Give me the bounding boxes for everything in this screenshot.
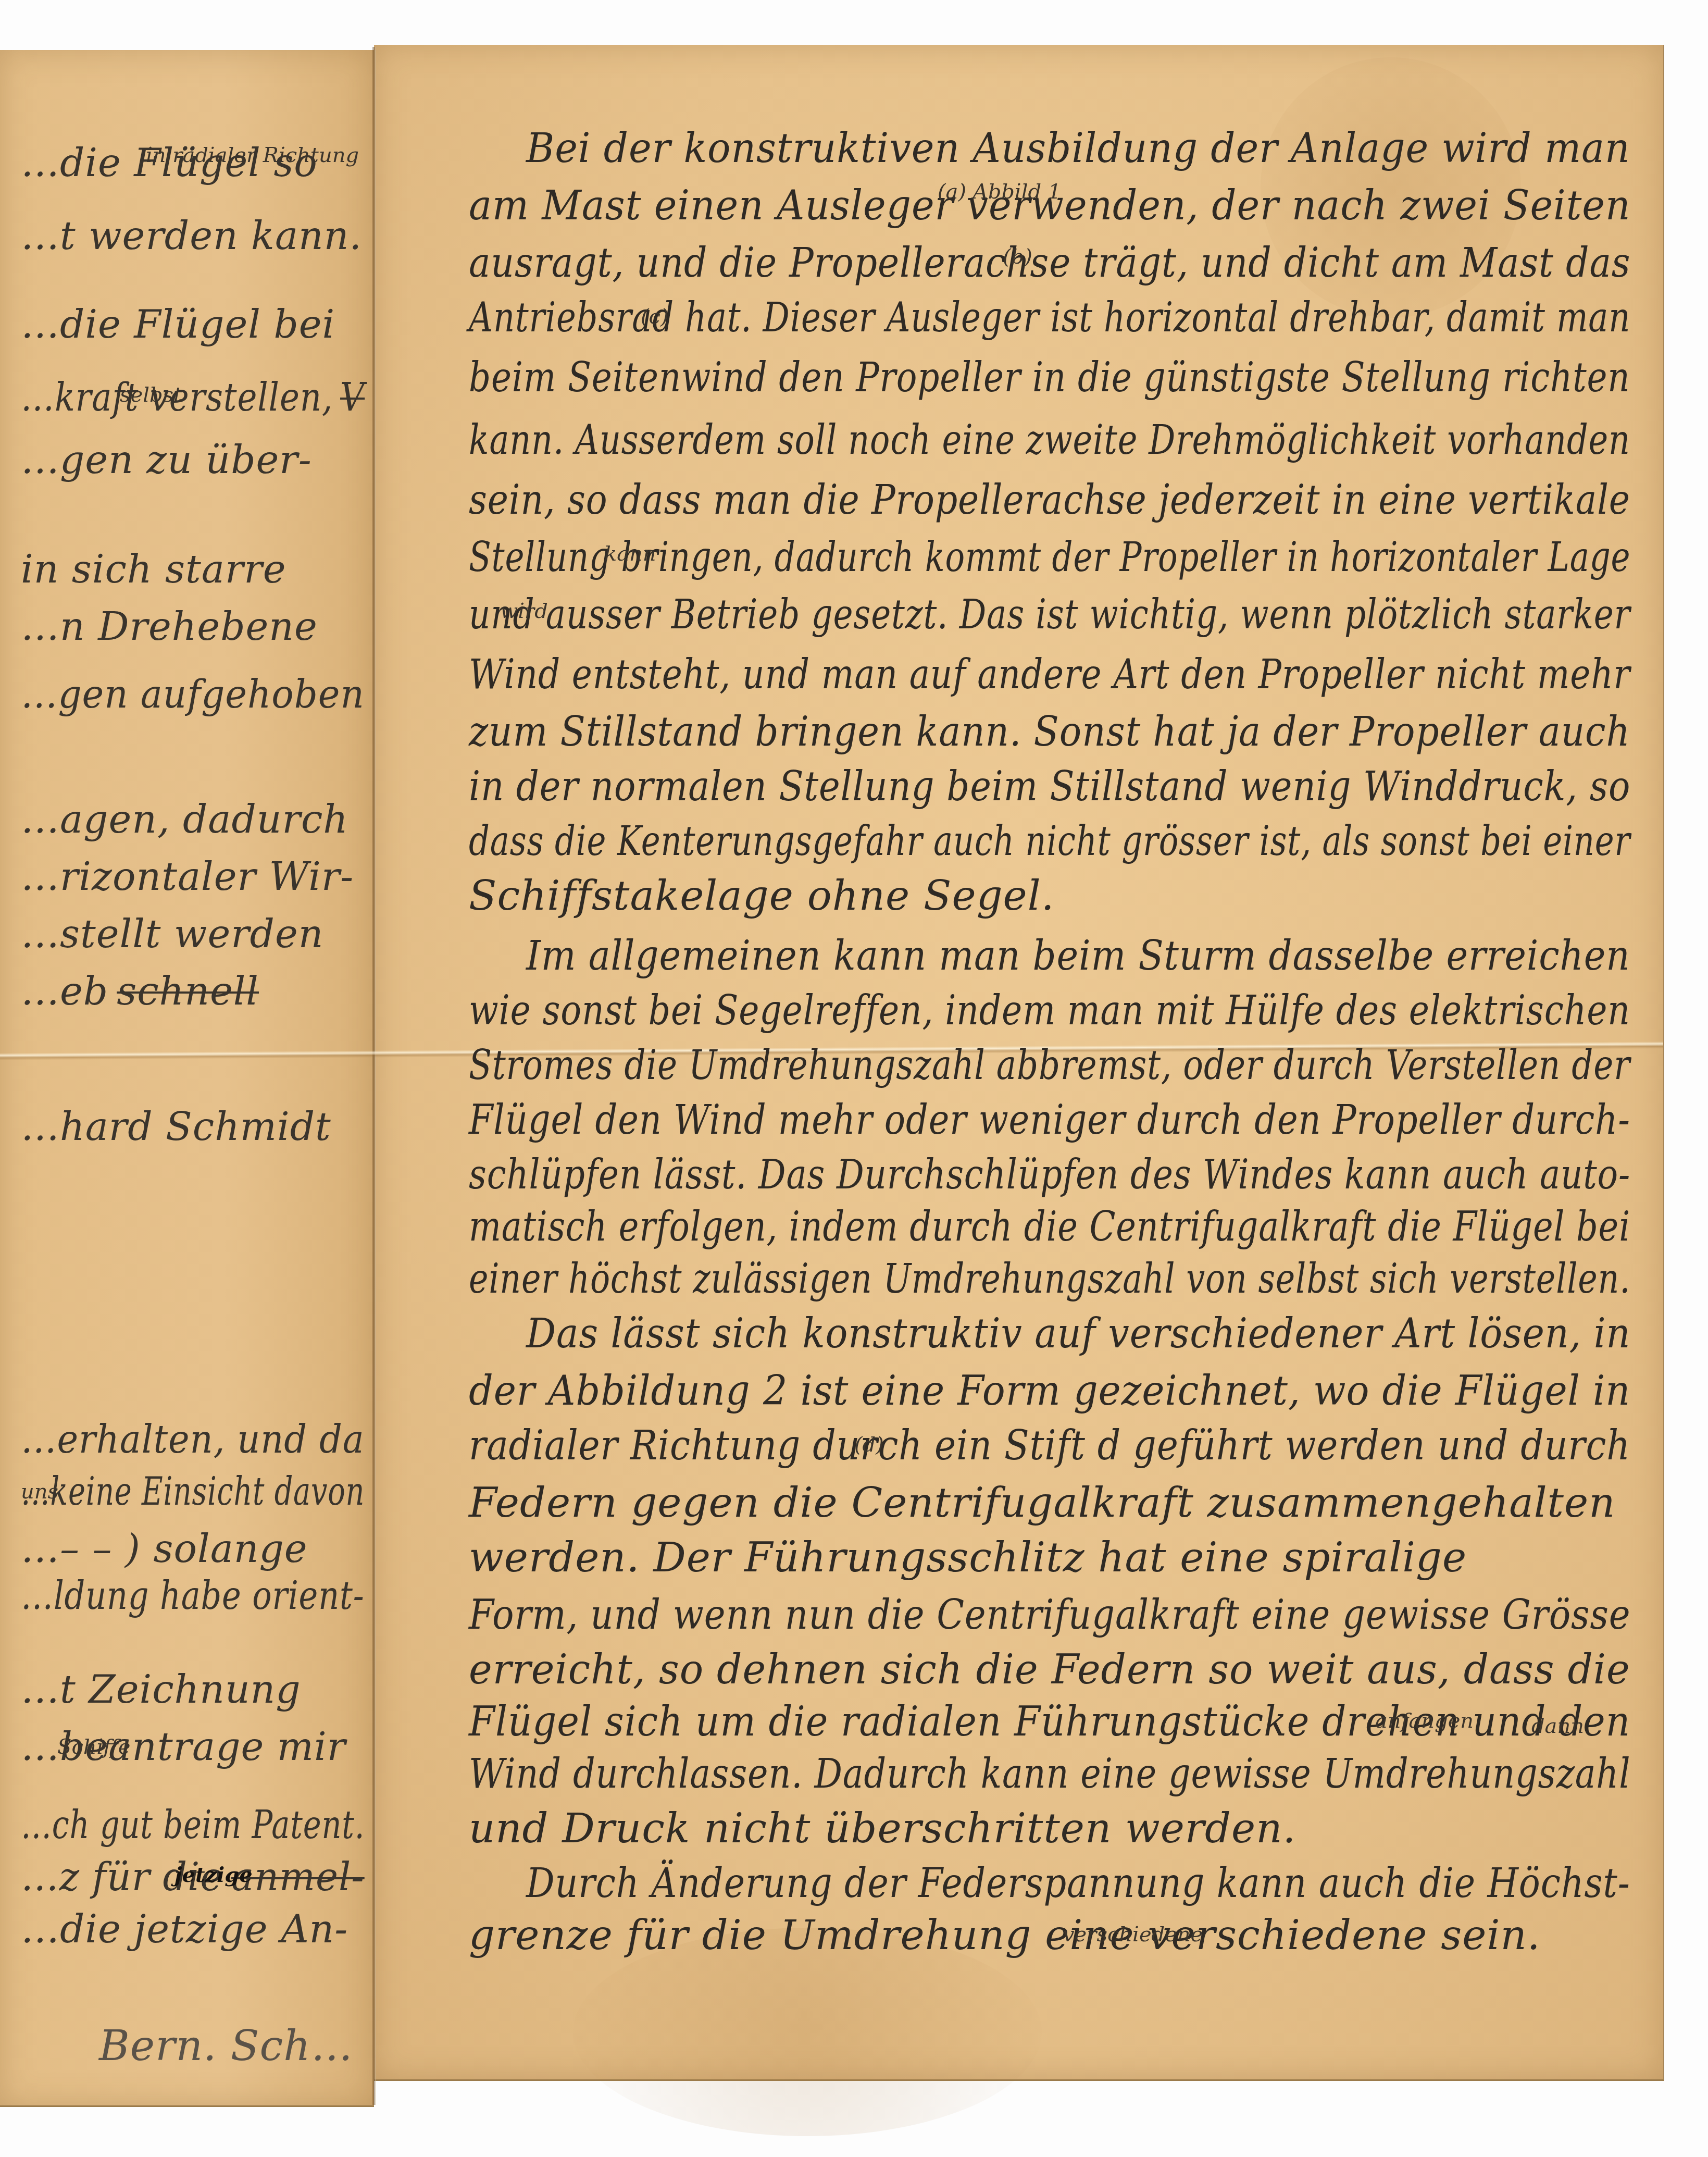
fragment-line: …erhalten, und da bbox=[21, 1417, 365, 1462]
text-line: der Abbildung 2 ist eine Form gezeichnet… bbox=[469, 1368, 1630, 1415]
fragment-line-text: …stellt werden bbox=[21, 912, 323, 957]
fragment-line: …t Zeichnung bbox=[21, 1667, 301, 1712]
insertion-anfangen: anfangen bbox=[1375, 1709, 1474, 1733]
struck-word: schnell bbox=[117, 969, 259, 1014]
fragment-line-text: …erhalten, und da bbox=[21, 1417, 365, 1462]
fragment-line: …rizontaler Wir- bbox=[21, 854, 354, 899]
text-line: dass die Kenterungsgefahr auch nicht grö… bbox=[469, 818, 1630, 865]
text-line: werden. Der Führungsschlitz hat eine spi… bbox=[469, 1534, 1467, 1581]
text-line: in der normalen Stellung beim Stillstand… bbox=[469, 763, 1630, 810]
insertion-dann: dann bbox=[1531, 1714, 1584, 1738]
left-insertion-radialer-richtung: in radialer Richtung bbox=[146, 143, 359, 167]
fragment-line: …ldung habe orient- bbox=[21, 1573, 365, 1618]
fragment-line-text: …die Flügel bei bbox=[21, 302, 335, 347]
text-line: Stromes die Umdrehungszahl abbremst, ode… bbox=[469, 1042, 1630, 1089]
fragment-line-text: …t werden kann. bbox=[21, 214, 362, 258]
insertion-abbild-1: (a) Abbild 1 bbox=[938, 180, 1061, 204]
text-line: Das lässt sich konstruktiv auf verschied… bbox=[526, 1310, 1630, 1357]
text-line: grenze für die Umdrehung eine verschiede… bbox=[469, 1912, 1541, 1959]
fragment-line-text: …n Drehebene bbox=[21, 604, 318, 649]
text-line: Wind durchlassen. Dadurch kann eine gewi… bbox=[469, 1751, 1630, 1797]
left-insertion-selbst: selbst bbox=[120, 383, 182, 407]
previous-page-fragment bbox=[0, 50, 374, 2107]
fragment-line-text: in sich starre bbox=[21, 547, 286, 592]
fragment-line: …gen zu über- bbox=[21, 438, 312, 482]
text-line: Durch Änderung der Federspannung kann au… bbox=[526, 1860, 1630, 1907]
text-line: Schiffstakelage ohne Segel. bbox=[469, 873, 1054, 920]
insertion-wird: wird bbox=[500, 599, 548, 623]
fragment-line-text: …agen, dadurch bbox=[21, 797, 348, 842]
text-line: schlüpfen lässt. Das Durchschlüpfen des … bbox=[469, 1151, 1630, 1198]
left-insertion-jetzige: jetzige bbox=[174, 1863, 253, 1887]
text-line: wie sonst bei Segelreffen, indem man mit… bbox=[469, 987, 1630, 1034]
fragment-line-text: …ldung habe orient- bbox=[21, 1573, 365, 1618]
text-line: einer höchst zulässigen Umdrehungszahl v… bbox=[469, 1256, 1630, 1303]
text-line: Im allgemeinen kann man beim Sturm dasse… bbox=[526, 933, 1630, 980]
fragment-line-text: …hard Schmidt bbox=[21, 1105, 331, 1149]
struck-word: V bbox=[340, 375, 365, 420]
fragment-line-text: …die jetzige An- bbox=[21, 1907, 348, 1952]
fragment-line: …gen aufgehoben bbox=[21, 672, 365, 717]
fragment-line: …agen, dadurch bbox=[21, 797, 348, 842]
text-line: Flügel den Wind mehr oder weniger durch … bbox=[469, 1097, 1630, 1144]
insertion-b: (b) bbox=[1003, 245, 1032, 269]
fragment-line-text: …eb bbox=[21, 969, 108, 1014]
text-line: sein, so dass man die Propellerachse jed… bbox=[469, 477, 1630, 524]
fragment-line: …ch gut beim Patent. bbox=[21, 1803, 365, 1848]
text-line: kann. Ausserdem soll noch eine zweite Dr… bbox=[469, 417, 1630, 464]
insertion-kann: kann bbox=[604, 542, 656, 566]
fragment-line: …– – ) solange bbox=[21, 1527, 308, 1571]
left-insertion-uns: uns bbox=[21, 1480, 58, 1504]
left-insertion-schiffe: Schiffe bbox=[57, 1735, 130, 1759]
fragment-line-text: …– – ) solange bbox=[21, 1527, 308, 1571]
text-line: Form, und wenn nun die Centrifugalkraft … bbox=[469, 1592, 1630, 1639]
text-line: Bei der konstruktiven Ausbildung der Anl… bbox=[526, 125, 1630, 172]
text-line: und Druck nicht überschritten werden. bbox=[469, 1805, 1296, 1852]
text-line: Federn gegen die Centrifugalkraft zusamm… bbox=[469, 1480, 1615, 1527]
fragment-line-text: …rizontaler Wir- bbox=[21, 854, 354, 899]
water-stain bbox=[573, 1928, 1042, 2136]
insertion-c: (c) bbox=[641, 305, 669, 329]
signature: Bern. Sch… bbox=[99, 2022, 353, 2070]
fragment-line-text: …t Zeichnung bbox=[21, 1667, 301, 1712]
fragment-line: …die jetzige An- bbox=[21, 1907, 348, 1952]
text-line: ausragt, und die Propellerachse trägt, u… bbox=[469, 240, 1630, 287]
fragment-line: …die Flügel bei bbox=[21, 302, 335, 347]
fragment-line: …hard Schmidt bbox=[21, 1105, 331, 1149]
fragment-line-text: …keine Einsicht davon bbox=[21, 1469, 365, 1514]
text-line: radialer Richtung durch ein Stift d gefü… bbox=[469, 1422, 1630, 1469]
fragment-line: …ebschnell bbox=[21, 969, 259, 1014]
text-line: beim Seitenwind den Propeller in die gün… bbox=[469, 354, 1630, 401]
fragment-line: …stellt werden bbox=[21, 912, 323, 957]
text-line: matisch erfolgen, indem durch die Centri… bbox=[469, 1204, 1630, 1250]
fragment-line: in sich starre bbox=[21, 547, 286, 592]
text-line: und ausser Betrieb gesetzt. Das ist wich… bbox=[469, 591, 1630, 638]
fragment-line-text: …ch gut beim Patent. bbox=[21, 1803, 365, 1848]
fragment-line: …kraft verstellen,V bbox=[21, 375, 365, 420]
insertion-d: (d) bbox=[854, 1433, 884, 1457]
text-line: Wind entsteht, und man auf andere Art de… bbox=[469, 651, 1630, 698]
fragment-line: …n Drehebene bbox=[21, 604, 318, 649]
fragment-line: …t werden kann. bbox=[21, 214, 362, 258]
text-line: erreicht, so dehnen sich die Federn so w… bbox=[469, 1646, 1630, 1693]
vertical-fold-crease bbox=[372, 47, 376, 2105]
text-line: zum Stillstand bringen kann. Sonst hat j… bbox=[469, 709, 1630, 755]
fragment-line-text: …gen aufgehoben bbox=[21, 672, 365, 717]
insertion-verschiedene: verschiedene bbox=[1063, 1923, 1203, 1947]
fragment-line-text: …gen zu über- bbox=[21, 438, 312, 482]
fragment-line: …keine Einsicht davon bbox=[21, 1469, 365, 1514]
